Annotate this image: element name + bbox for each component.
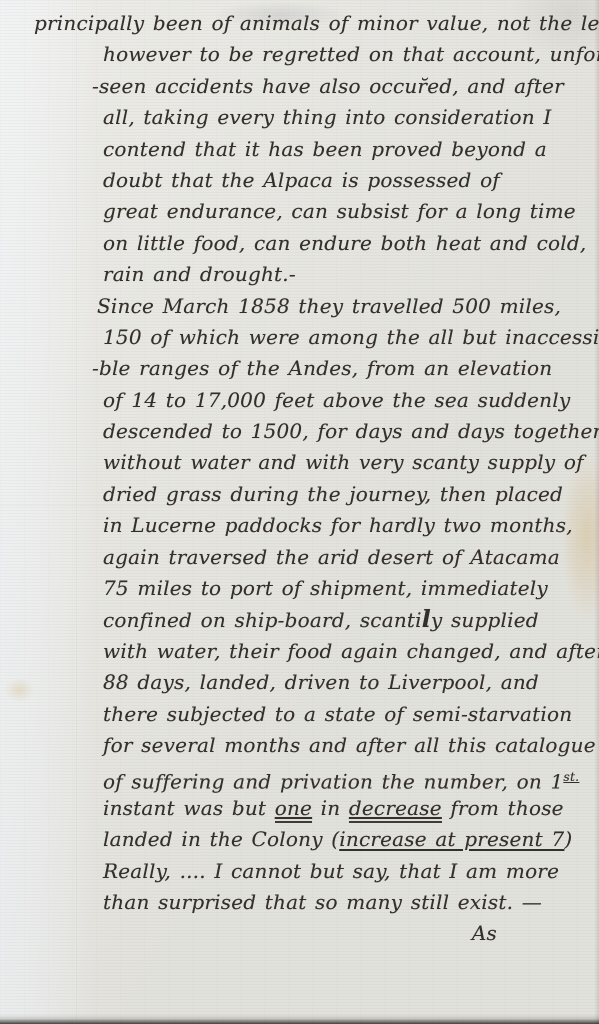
text-segment: with water, their food again changed, an… [103,639,599,663]
text-segment: without water and with very scanty suppl… [103,450,584,474]
text-segment: of suffering and privation the number, o… [103,770,563,794]
text-segment: y supplied [431,608,539,632]
manuscript-line: for several months and after all this ca… [0,730,599,761]
text-segment: descended to 1500, for days and days tog… [103,419,599,443]
text-segment: than surprised that so many still exist.… [103,890,542,914]
text-segment: great endurance, can subsist for a long … [103,199,576,223]
text-segment: principally been of animals of minor val… [34,11,599,35]
manuscript-line: with water, their food again changed, an… [0,636,599,667]
manuscript-line: however to be regretted on that account,… [0,39,599,70]
text-segment: in [312,796,349,820]
manuscript-line: dried grass during the journey, then pla… [0,479,599,510]
catchword-line: As [0,918,599,949]
text-segment: 150 of which were among the all but inac… [103,325,599,349]
text-segment: all, taking every thing into considerati… [103,105,552,129]
manuscript-line: rain and drought.- [0,259,599,290]
manuscript-line: 88 days, landed, driven to Liverpool, an… [0,667,599,698]
manuscript-line: on little food, can endure both heat and… [0,228,599,259]
text-segment: l [422,605,431,633]
manuscript-page: principally been of animals of minor val… [0,0,599,1024]
manuscript-line: 150 of which were among the all but inac… [0,322,599,353]
manuscript-line: contend that it has been proved beyond a [0,134,599,165]
text-segment: confined on ship-board, scanti [103,608,422,632]
text-segment: rain and drought.- [103,262,296,286]
manuscript-line: -seen accidents have also occur̆ed, and … [0,71,599,102]
manuscript-line: principally been of animals of minor val… [0,8,599,39]
text-segment: st. [563,769,579,784]
manuscript-line: of suffering and privation the number, o… [0,761,599,792]
text-segment: Really, .... I cannot but say, that I am… [103,859,559,883]
manuscript-text-block: principally been of animals of minor val… [0,8,599,950]
manuscript-line: Really, .... I cannot but say, that I am… [0,856,599,887]
manuscript-line: landed in the Colony (increase at presen… [0,824,599,855]
manuscript-line: again traversed the arid desert of Ataca… [0,542,599,573]
text-segment: however to be regretted on that account,… [103,42,599,66]
manuscript-line: without water and with very scanty suppl… [0,447,599,478]
text-segment: -seen accidents have also occur̆ed, and … [92,74,564,98]
text-segment: contend that it has been proved beyond a [103,137,547,161]
manuscript-line: -ble ranges of the Andes, from an elevat… [0,353,599,384]
text-segment: doubt that the Alpaca is possessed of [103,168,500,192]
text-segment: As [472,921,497,945]
text-segment: instant was but [103,796,275,820]
text-segment: Since March 1858 they travelled 500 mile… [97,294,561,318]
manuscript-line: doubt that the Alpaca is possessed of [0,165,599,196]
manuscript-line: Since March 1858 they travelled 500 mile… [0,291,599,322]
text-segment: on little food, can endure both heat and… [103,231,586,255]
manuscript-line: confined on ship-board, scantily supplie… [0,604,599,635]
manuscript-line: there subjected to a state of semi-starv… [0,699,599,730]
text-segment: of 14 to 17,000 feet above the sea sudde… [103,388,570,412]
text-segment: ) [564,827,572,851]
manuscript-line: 75 miles to port of shipment, immediatel… [0,573,599,604]
manuscript-line: descended to 1500, for days and days tog… [0,416,599,447]
text-segment: there subjected to a state of semi-starv… [103,702,572,726]
manuscript-line: great endurance, can subsist for a long … [0,196,599,227]
bottom-scan-edge [0,1014,599,1024]
manuscript-line: all, taking every thing into considerati… [0,102,599,133]
underlined-word: decrease [349,796,442,823]
manuscript-line: than surprised that so many still exist.… [0,887,599,918]
text-segment: for several months and after all this ca… [103,733,596,757]
text-segment: in Lucerne paddocks for hardly two month… [103,513,573,537]
text-segment: from those [442,796,564,820]
text-segment: -ble ranges of the Andes, from an elevat… [92,356,552,380]
text-segment: landed in the Colony ( [103,827,339,851]
text-segment: dried grass during the journey, then pla… [103,482,563,506]
text-segment: again traversed the arid desert of Ataca… [103,545,560,569]
manuscript-line: instant was but one in decrease from tho… [0,793,599,824]
underlined-word: increase at present 7 [339,827,564,851]
manuscript-line: in Lucerne paddocks for hardly two month… [0,510,599,541]
manuscript-line: of 14 to 17,000 feet above the sea sudde… [0,385,599,416]
text-segment: 88 days, landed, driven to Liverpool, an… [103,670,539,694]
text-segment: 75 miles to port of shipment, immediatel… [103,576,548,600]
underlined-word: one [275,796,312,823]
